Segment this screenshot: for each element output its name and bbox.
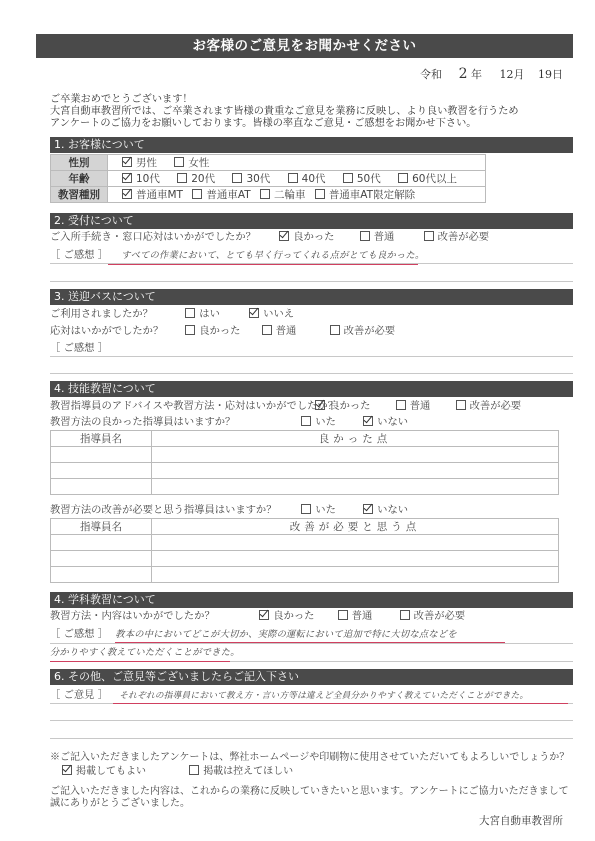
checkbox-icon[interactable]	[315, 189, 325, 199]
academic-comment-line-2[interactable]: 分かりやすく教えていただくことができた。	[50, 647, 240, 658]
checkbox-icon[interactable]	[185, 325, 195, 335]
checkbox-checked-icon[interactable]	[122, 173, 132, 183]
row-gender: 性別 男性 女性	[51, 155, 486, 171]
checkbox-icon[interactable]	[343, 173, 353, 183]
checkbox-icon[interactable]	[260, 189, 270, 199]
customer-info-table: 性別 男性 女性 年齢 10代 20代 30代 40代 50代 60代以上 教習…	[50, 154, 486, 203]
option-yes[interactable]: いた	[301, 503, 336, 517]
intro-line-1: ご卒業おめでとうございます！	[50, 94, 519, 106]
checkbox-icon[interactable]	[424, 231, 434, 241]
option-label: 50代	[357, 173, 381, 185]
option-needs-improvement[interactable]: 改善が必要	[330, 324, 395, 338]
comment-label: ［ ご意見 ］	[50, 688, 116, 702]
table-header-row: 指導員名 改善が必要と思う点	[51, 519, 559, 535]
consent-options: 掲載してもよい 掲載は控えてほしい	[62, 765, 293, 778]
checkbox-checked-icon[interactable]	[259, 610, 269, 620]
improvement-points-header: 改善が必要と思う点	[152, 519, 559, 535]
checkbox-icon[interactable]	[189, 765, 199, 775]
date-era: 令和	[420, 66, 442, 82]
bus-service-question: 応対はいかがでしたか？	[50, 324, 174, 338]
practical-q2: 教習方法の良かった指導員はいますか？	[50, 415, 304, 429]
option-label: 良かった	[293, 231, 334, 243]
comment-line	[50, 738, 573, 739]
gender-label: 性別	[51, 155, 108, 171]
instructor-name-header: 指導員名	[51, 431, 152, 447]
comment-line	[50, 356, 573, 357]
option-good[interactable]: 良かった	[185, 324, 240, 338]
option-at-limit-removal[interactable]: 普通車AT限定解除	[315, 187, 415, 202]
reception-question-row: ご入所手続き・窓口応対はいかがでしたか？ 良かった 普通 改善が必要	[50, 230, 489, 244]
option-label: 掲載してもよい	[76, 766, 146, 777]
section-other-header: 6. その他、ご意見等ございましたらご記入下さい	[50, 669, 573, 685]
checkbox-icon[interactable]	[301, 416, 311, 426]
option-label: 男性	[136, 157, 157, 169]
checkbox-icon[interactable]	[456, 400, 466, 410]
option-label: 10代	[136, 173, 160, 185]
thanks-text: ご記入いただきました内容は、これからの業務に反映していきたいと思います。アンケー…	[50, 786, 569, 810]
option-label: 普通	[410, 400, 431, 412]
option-label: 20代	[191, 173, 215, 185]
option-female[interactable]: 女性	[174, 155, 209, 170]
thanks-line-1: ご記入いただきました内容は、これからの業務に反映していきたいと思います。アンケー…	[50, 786, 569, 798]
intro-text: ご卒業おめでとうございます！ 大宮自動車教習所では、ご卒業されます皆様の貴重なご…	[50, 94, 519, 130]
option-male[interactable]: 男性	[122, 155, 157, 170]
course-type-label: 教習種別	[51, 187, 108, 203]
instructor-name-cell[interactable]	[51, 447, 152, 463]
option-label: 良かった	[273, 610, 314, 622]
option-no[interactable]: いない	[363, 415, 408, 429]
option-motorcycle[interactable]: 二輪車	[260, 187, 306, 202]
option-label: 普通	[276, 325, 297, 337]
option-needs-improvement[interactable]: 改善が必要	[456, 399, 521, 413]
bus-usage-row: ご利用されましたか？ はい いいえ	[50, 307, 294, 321]
bus-usage-question: ご利用されましたか？	[50, 307, 174, 321]
checkbox-icon[interactable]	[177, 173, 187, 183]
comment-label: ［ ご感想 ］	[50, 627, 112, 641]
option-label: 普通車AT限定解除	[329, 189, 415, 201]
good-points-cell[interactable]	[152, 479, 559, 495]
academic-question-row: 教習方法・内容はいかがでしたか？ 良かった 普通 改善が必要	[50, 609, 465, 623]
instructor-name-cell[interactable]	[51, 535, 152, 551]
option-label: 改善が必要	[438, 231, 489, 243]
practical-q3-row: 教習方法の改善が必要と思う指導員はいますか？ いた いない	[50, 503, 408, 517]
checkbox-icon[interactable]	[330, 325, 340, 335]
date-year-unit: 年	[471, 66, 482, 82]
option-label: 60代以上	[412, 173, 457, 185]
option-label: 普通	[352, 610, 373, 622]
instructor-name-cell[interactable]	[51, 551, 152, 567]
section-customer-header: 1. お客様について	[50, 137, 573, 153]
checkbox-icon[interactable]	[396, 400, 406, 410]
option-normal[interactable]: 普通	[360, 230, 395, 244]
age-label: 年齢	[51, 171, 108, 187]
row-age: 年齢 10代 20代 30代 40代 50代 60代以上	[51, 171, 486, 187]
option-age-20s[interactable]: 20代	[177, 171, 215, 186]
red-underline	[108, 264, 418, 265]
checkbox-icon[interactable]	[185, 308, 195, 318]
practical-q3: 教習方法の改善が必要と思う指導員はいますか？	[50, 503, 304, 517]
option-label: 良かった	[329, 400, 370, 412]
option-label: 40代	[302, 173, 326, 185]
table-row	[51, 447, 559, 463]
date-day: 19	[528, 68, 552, 81]
option-label: 30代	[246, 173, 270, 185]
instructor-name-cell[interactable]	[51, 479, 152, 495]
table-row	[51, 535, 559, 551]
table-row	[51, 479, 559, 495]
good-points-cell[interactable]	[152, 447, 559, 463]
checkbox-icon[interactable]	[288, 173, 298, 183]
checkbox-checked-icon[interactable]	[249, 308, 259, 318]
option-label: はい	[199, 308, 220, 320]
improvement-points-cell[interactable]	[152, 535, 559, 551]
reception-comment[interactable]: すべての作業において、とても早く行ってくれる点がとても良かった。	[121, 250, 424, 261]
comment-line	[50, 643, 573, 644]
date-day-unit: 日	[552, 66, 563, 82]
checkbox-icon[interactable]	[174, 157, 184, 167]
form-date: 令和 2 年 12月 19日	[420, 66, 563, 82]
checkbox-icon[interactable]	[192, 189, 202, 199]
date-month: 12	[486, 68, 514, 81]
date-year: 2	[446, 66, 468, 82]
option-good[interactable]: 良かった	[259, 609, 314, 623]
option-label: 普通車AT	[206, 189, 250, 201]
red-underline	[115, 642, 505, 643]
comment-label: ［ ご感想 ］	[50, 342, 108, 354]
improvement-points-cell[interactable]	[152, 551, 559, 567]
option-needs-improvement[interactable]: 改善が必要	[424, 230, 489, 244]
option-no[interactable]: いない	[363, 503, 408, 517]
option-mt[interactable]: 普通車MT	[122, 187, 183, 202]
course-type-options: 普通車MT 普通車AT 二輪車 普通車AT限定解除	[108, 187, 486, 203]
checkbox-checked-icon[interactable]	[122, 189, 132, 199]
option-label: いない	[377, 504, 408, 516]
instructor-name-cell[interactable]	[51, 463, 152, 479]
table-row	[51, 463, 559, 479]
checkbox-icon[interactable]	[398, 173, 408, 183]
checkbox-icon[interactable]	[400, 610, 410, 620]
form-title: お客様のご意見をお聞かせください	[36, 34, 573, 58]
checkbox-icon[interactable]	[232, 173, 242, 183]
thanks-line-2: 誠にありがとうございました。	[50, 798, 569, 810]
checkbox-checked-icon[interactable]	[279, 231, 289, 241]
age-options: 10代 20代 30代 40代 50代 60代以上	[108, 171, 486, 187]
academic-question: 教習方法・内容はいかがでしたか？	[50, 609, 248, 623]
intro-line-2: 大宮自動車教習所では、ご卒業されます皆様の貴重なご意見を業務に反映し、より良い教…	[50, 106, 519, 118]
checkbox-icon[interactable]	[338, 610, 348, 620]
bus-comment-row: ［ ご感想 ］	[50, 341, 108, 355]
table-row	[51, 551, 559, 567]
section-academic-header: 4. 学科教習について	[50, 592, 573, 608]
option-normal[interactable]: 普通	[396, 399, 431, 413]
comment-label: ［ ご感想 ］	[50, 248, 118, 262]
intro-line-3: アンケートのご協力をお願いしております。皆様の率直なご意見・ご感想をお聞かせ下さ…	[50, 118, 519, 130]
option-age-10s[interactable]: 10代	[122, 171, 160, 186]
table-row	[51, 567, 559, 583]
bus-service-row: 応対はいかがでしたか？ 良かった 普通 改善が必要	[50, 324, 395, 338]
option-label: 二輪車	[274, 189, 306, 201]
checkbox-checked-icon[interactable]	[363, 416, 373, 426]
practical-q1: 教習指導員のアドバイスや教習方法・応対はいかがでしたか？	[50, 399, 304, 413]
option-age-40s[interactable]: 40代	[288, 171, 326, 186]
instructor-name-cell[interactable]	[51, 567, 152, 583]
academic-comment-row: ［ ご感想 ］ 教本の中においてどこが大切か、実際の運転において追加で特に大切な…	[50, 627, 457, 642]
good-points-cell[interactable]	[152, 463, 559, 479]
option-label: 普通車MT	[136, 189, 183, 201]
section-shuttle-bus-header: 3. 送迎バスについて	[50, 289, 573, 305]
section-reception-header: 2. 受付について	[50, 213, 573, 229]
date-month-unit: 月	[514, 66, 525, 82]
option-good[interactable]: 良かった	[315, 399, 370, 413]
option-label: いない	[377, 416, 408, 428]
signature: 大宮自動車教習所	[479, 813, 563, 828]
option-needs-improvement[interactable]: 改善が必要	[400, 609, 465, 623]
option-good[interactable]: 良かった	[279, 230, 334, 244]
option-label: いた	[315, 504, 336, 516]
option-label: いた	[315, 416, 336, 428]
checkbox-icon[interactable]	[360, 231, 370, 241]
option-label: 良かった	[199, 325, 240, 337]
option-at[interactable]: 普通車AT	[192, 187, 250, 202]
option-label: 改善が必要	[344, 325, 395, 337]
option-label: 掲載は控えてほしい	[203, 766, 293, 777]
red-underline	[50, 661, 230, 662]
option-label: いいえ	[263, 308, 294, 320]
improvement-instructor-table: 指導員名 改善が必要と思う点	[50, 518, 559, 583]
option-age-50s[interactable]: 50代	[343, 171, 381, 186]
improvement-points-cell[interactable]	[152, 567, 559, 583]
checkbox-icon[interactable]	[262, 325, 272, 335]
instructor-name-header: 指導員名	[51, 519, 152, 535]
option-yes[interactable]: いた	[301, 415, 336, 429]
option-normal[interactable]: 普通	[262, 324, 297, 338]
option-no[interactable]: いいえ	[249, 307, 294, 321]
good-instructor-table: 指導員名 良かった点	[50, 430, 559, 495]
gender-options: 男性 女性	[108, 155, 486, 171]
reception-comment-row: ［ ご感想 ］ すべての作業において、とても早く行ってくれる点がとても良かった。	[50, 248, 425, 263]
checkbox-icon[interactable]	[301, 504, 311, 514]
section-practical-header: 4. 技能教習について	[50, 381, 573, 397]
option-normal[interactable]: 普通	[338, 609, 373, 623]
checkbox-checked-icon[interactable]	[315, 400, 325, 410]
practical-q1-row: 教習指導員のアドバイスや教習方法・応対はいかがでしたか？ 良かった 普通 改善が…	[50, 399, 521, 413]
option-allow-publish[interactable]: 掲載してもよい	[62, 766, 146, 777]
option-yes[interactable]: はい	[185, 307, 220, 321]
table-header-row: 指導員名 良かった点	[51, 431, 559, 447]
option-decline-publish[interactable]: 掲載は控えてほしい	[189, 766, 293, 777]
row-course-type: 教習種別 普通車MT 普通車AT 二輪車 普通車AT限定解除	[51, 187, 486, 203]
academic-comment-row-2: 分かりやすく教えていただくことができた。	[50, 645, 240, 660]
consent-question: ※ご記入いただきましたアンケートは、弊社ホームページや印刷物に使用させていただい…	[50, 752, 569, 764]
comment-line	[50, 720, 573, 721]
good-points-header: 良かった点	[152, 431, 559, 447]
other-comment-row: ［ ご意見 ］ それぞれの指導員において教え方・言い方等は違えど全員分かりやすく…	[50, 688, 528, 703]
comment-line	[50, 373, 573, 374]
option-label: 改善が必要	[470, 400, 521, 412]
red-underline	[113, 703, 568, 704]
checkbox-checked-icon[interactable]	[122, 157, 132, 167]
option-label: 普通	[374, 231, 395, 243]
option-label: 改善が必要	[414, 610, 465, 622]
comment-line	[50, 281, 573, 282]
option-label: 女性	[188, 157, 209, 169]
practical-q2-row: 教習方法の良かった指導員はいますか？ いた いない	[50, 415, 408, 429]
checkbox-checked-icon[interactable]	[363, 504, 373, 514]
checkbox-checked-icon[interactable]	[62, 765, 72, 775]
option-age-60s-plus[interactable]: 60代以上	[398, 171, 457, 186]
option-age-30s[interactable]: 30代	[232, 171, 270, 186]
other-comment[interactable]: それぞれの指導員において教え方・言い方等は違えど全員分かりやすく教えていただくこ…	[119, 691, 528, 701]
reception-question: ご入所手続き・窓口応対はいかがでしたか？	[50, 230, 268, 244]
academic-comment-line-1[interactable]: 教本の中においてどこが大切か、実際の運転において追加で特に大切な点などを	[115, 629, 457, 640]
